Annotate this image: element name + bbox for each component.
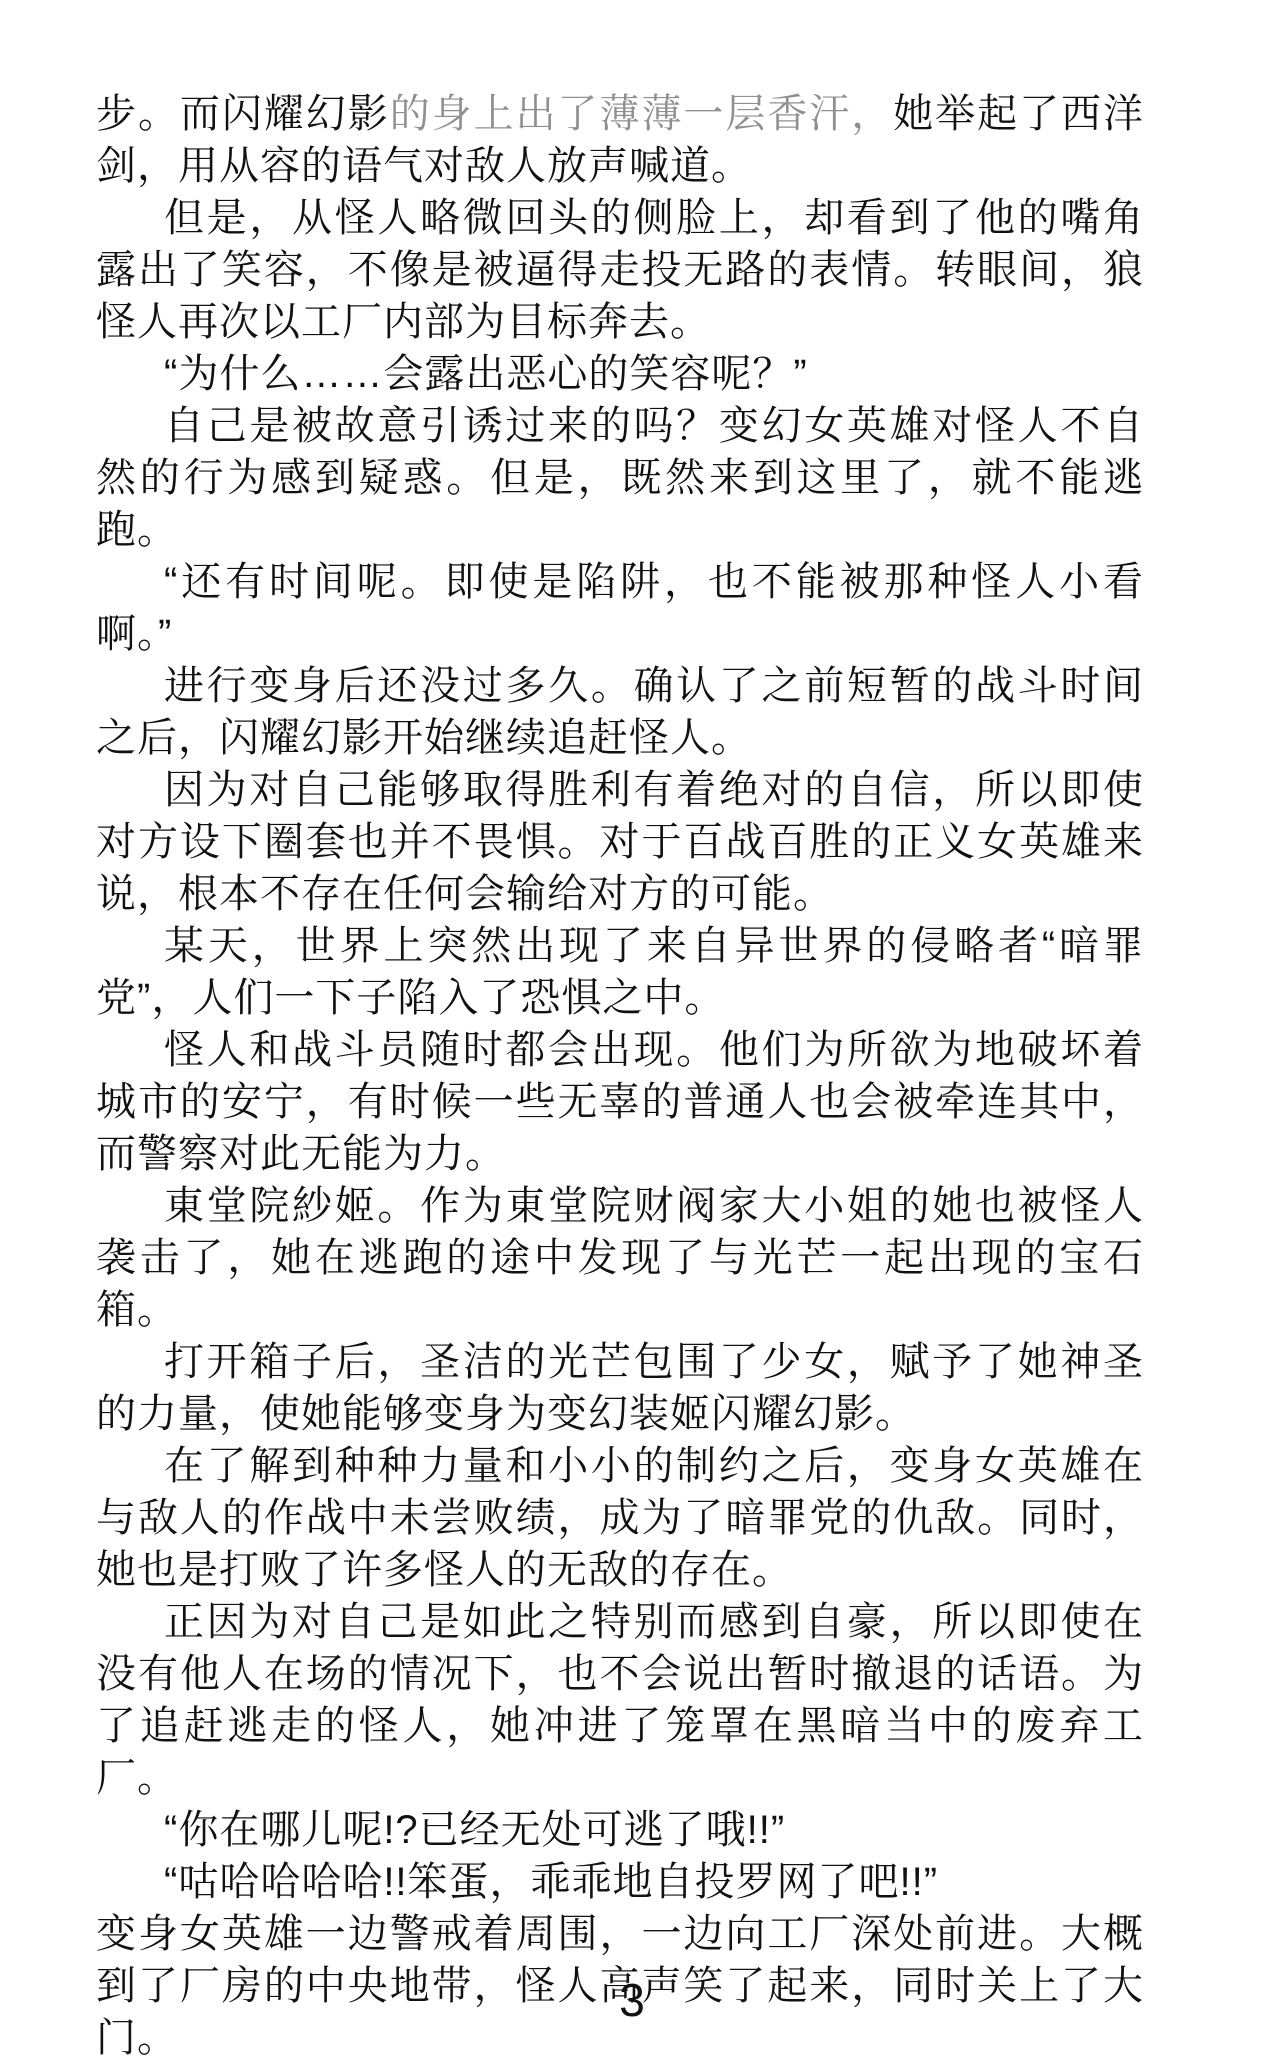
text-block: 步。而闪耀幻影的身上出了薄薄一层香汗，她举起了西洋剑，用从容的语气对敌人放声喊道… xyxy=(96,88,1144,2064)
text-segment: “为什么……会露出恶心的笑容呢？” xyxy=(164,352,808,396)
paragraph: 怪人和战斗员随时都会出现。他们为所欲为地破坏着城市的安宁，有时候一些无辜的普通人… xyxy=(96,1024,1144,1180)
paragraph: 因为对自己能够取得胜利有着绝对的自信，所以即使对方设下圈套也并不畏惧。对于百战百… xyxy=(96,764,1144,920)
text-segment: 打开箱子后，圣洁的光芒包围了少女，赋予了她神圣的力量，使她能够变身为变幻装姬闪耀… xyxy=(96,1340,1144,1436)
text-segment: “还有时间呢。即使是陷阱，也不能被那种怪人小看啊。” xyxy=(96,560,1144,656)
text-segment: 在了解到种种力量和小小的制约之后，变身女英雄在与敌人的作战中未尝败绩，成为了暗罪… xyxy=(96,1444,1144,1592)
page-number: 3 xyxy=(0,1977,1264,2023)
text-segment: “咕哈哈哈哈!!笨蛋，乖乖地自投罗网了吧!!” xyxy=(164,1860,938,1904)
paragraph: “为什么……会露出恶心的笑容呢？” xyxy=(96,348,1144,400)
paragraph: 東堂院紗姬。作为東堂院财阀家大小姐的她也被怪人袭击了，她在逃跑的途中发现了与光芒… xyxy=(96,1180,1144,1336)
reader-page[interactable]: 步。而闪耀幻影的身上出了薄薄一层香汗，她举起了西洋剑，用从容的语气对敌人放声喊道… xyxy=(0,0,1264,2067)
paragraph: 在了解到种种力量和小小的制约之后，变身女英雄在与敌人的作战中未尝败绩，成为了暗罪… xyxy=(96,1440,1144,1596)
text-segment: 怪人和战斗员随时都会出现。他们为所欲为地破坏着城市的安宁，有时候一些无辜的普通人… xyxy=(96,1028,1144,1176)
text-segment: 自己是被故意引诱过来的吗？变幻女英雄对怪人不自然的行为感到疑惑。但是，既然来到这… xyxy=(96,404,1144,552)
text-segment: 步。而闪耀幻影 xyxy=(96,92,390,136)
paragraph: 但是，从怪人略微回头的侧脸上，却看到了他的嘴角露出了笑容，不像是被逼得走投无路的… xyxy=(96,192,1144,348)
paragraph: “还有时间呢。即使是陷阱，也不能被那种怪人小看啊。” xyxy=(96,556,1144,660)
paragraph: 某天，世界上突然出现了来自异世界的侵略者“暗罪党”，人们一下子陷入了恐惧之中。 xyxy=(96,920,1144,1024)
text-segment: “你在哪儿呢!?已经无处可逃了哦!!” xyxy=(164,1808,785,1852)
text-segment: 東堂院紗姬。作为東堂院财阀家大小姐的她也被怪人袭击了，她在逃跑的途中发现了与光芒… xyxy=(96,1184,1144,1332)
text-segment: 因为对自己能够取得胜利有着绝对的自信，所以即使对方设下圈套也并不畏惧。对于百战百… xyxy=(96,768,1144,916)
highlighted-text-segment: 的身上出了薄薄一层香汗， xyxy=(390,92,894,136)
text-segment: 但是，从怪人略微回头的侧脸上，却看到了他的嘴角露出了笑容，不像是被逼得走投无路的… xyxy=(96,196,1144,344)
paragraph: “你在哪儿呢!?已经无处可逃了哦!!” xyxy=(96,1804,1144,1856)
paragraph: “咕哈哈哈哈!!笨蛋，乖乖地自投罗网了吧!!” xyxy=(96,1856,1144,1908)
paragraph: 步。而闪耀幻影的身上出了薄薄一层香汗，她举起了西洋剑，用从容的语气对敌人放声喊道… xyxy=(96,88,1144,192)
paragraph: 打开箱子后，圣洁的光芒包围了少女，赋予了她神圣的力量，使她能够变身为变幻装姬闪耀… xyxy=(96,1336,1144,1440)
paragraph: 自己是被故意引诱过来的吗？变幻女英雄对怪人不自然的行为感到疑惑。但是，既然来到这… xyxy=(96,400,1144,556)
text-segment: 正因为对自己是如此之特别而感到自豪，所以即使在没有他人在场的情况下，也不会说出暂… xyxy=(96,1600,1144,1800)
text-segment: 进行变身后还没过多久。确认了之前短暂的战斗时间之后，闪耀幻影开始继续追赶怪人。 xyxy=(96,664,1144,760)
text-segment: 某天，世界上突然出现了来自异世界的侵略者“暗罪党”，人们一下子陷入了恐惧之中。 xyxy=(96,924,1144,1020)
paragraph: 正因为对自己是如此之特别而感到自豪，所以即使在没有他人在场的情况下，也不会说出暂… xyxy=(96,1596,1144,1804)
paragraph: 进行变身后还没过多久。确认了之前短暂的战斗时间之后，闪耀幻影开始继续追赶怪人。 xyxy=(96,660,1144,764)
